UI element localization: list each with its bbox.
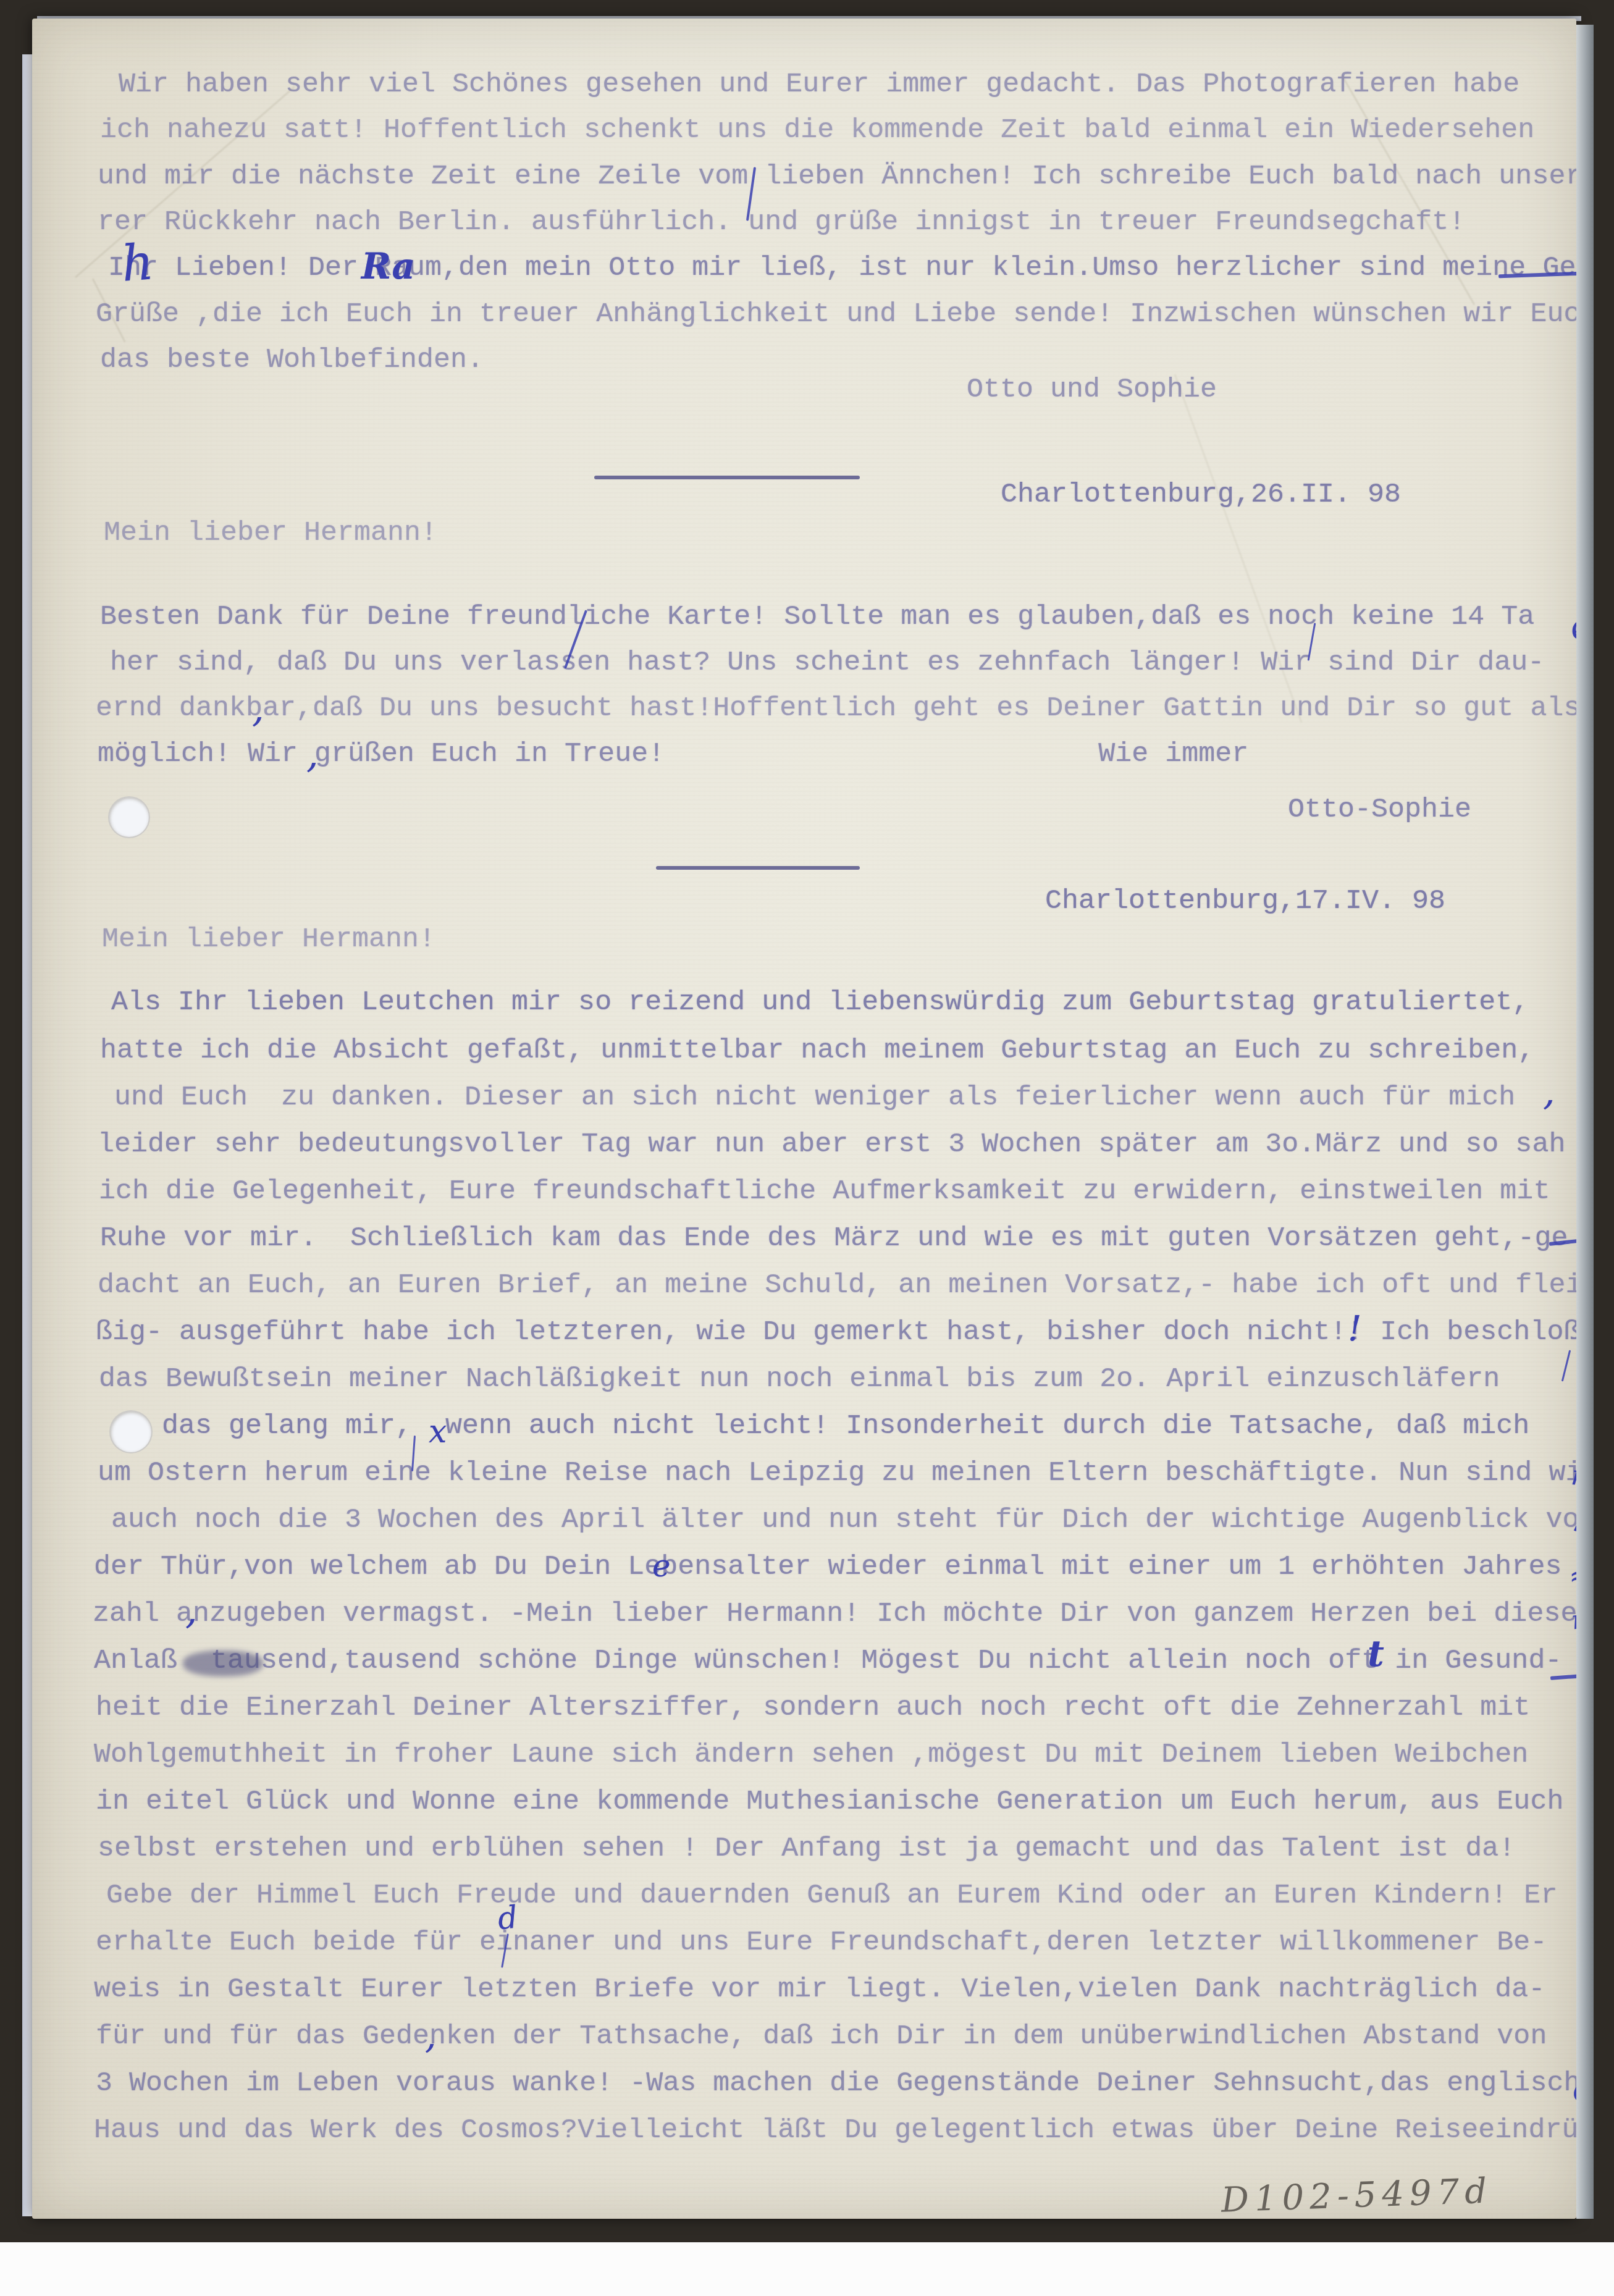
typed-line: ernd dankbar,daß Du uns besucht hast!Hof… [96,694,1576,722]
typed-line: Ruhe vor mir. Schließlich kam das Ende d… [100,1224,1568,1252]
typed-line: Otto-Sophie [1288,796,1471,823]
typed-line: Charlottenburg,17.IV. 98 [1045,887,1445,915]
hand-mark-jahres: ≈ [1569,1562,1576,1590]
typed-line: erhalte Euch beide für einaner und uns E… [96,1928,1547,1956]
typed-line: zahl anzugeben vermagst. -Mein lieber He… [93,1600,1576,1628]
typed-line: Mein lieber Hermann! [102,925,435,953]
typed-line: in eitel Glück und Wonne eine kommende M… [96,1788,1563,1815]
hand-comma-sind: , [252,689,264,728]
hand-d-insert-einander: d [496,1901,519,1934]
typed-line: weis in Gestalt Eurer letzten Briefe vor… [94,1975,1545,2003]
punch-hole [109,797,149,837]
ink-smudge-anlass [183,1651,263,1676]
typed-line: das beste Wohlbefinden. [100,346,484,374]
typed-line: Als Ihr lieben Leutchen mir so reizend u… [111,988,1529,1016]
typed-line: das Bewußtsein meiner Nachläßigkeit nun … [99,1365,1500,1393]
typed-line: her sind, daß Du uns verlassen hast? Uns… [110,649,1544,676]
typed-line: selbst erstehen und erblühen sehen ! Der… [98,1835,1515,1862]
typed-line: Haus und das Werk des Cosmos?Vielleicht … [94,2116,1576,2144]
typed-line: 3 Wochen im Leben voraus wanke! -Was mac… [96,2069,1576,2097]
archival-reference-note: D102-5497d [1221,2171,1493,2219]
hand-x-wenn: x [429,1416,447,1448]
typed-line: möglich! Wir grüßen Euch in Treue! Wie i… [98,740,1248,768]
typed-line: Gebe der Himmel Euch Freude und dauernde… [106,1882,1557,1909]
typed-divider-line [656,866,860,870]
typed-line: Grüße ,die ich Euch in treuer Anhänglich… [96,300,1576,328]
typed-line: Mein lieber Hermann! [104,519,437,547]
typed-line: das gelang mir, wenn auch nicht leicht! … [162,1412,1529,1440]
hand-e-lebensalter: e [652,1550,671,1581]
typed-line: der Thür,von welchem ab Du Dein Lebensal… [94,1553,1561,1581]
typed-line: dacht an Euch, an Euren Brief, an meine … [98,1271,1576,1299]
hand-t-oft: t [1368,1636,1384,1672]
typed-line: Ihr Lieben! Der Raum,den mein Otto mir l… [108,254,1576,282]
hand-h-insert-ihr: h [120,237,155,288]
typed-line: und Euch zu danken. Dieser an sich nicht… [114,1083,1515,1111]
typed-line: auch noch die 3 Wochen des April älter u… [111,1506,1576,1534]
scanned-letter-page: Wir haben sehr viel Schönes gesehen und … [0,0,1614,2296]
typed-line: leider sehr bedeutungsvoller Tag war nun… [98,1130,1565,1158]
hand-comma-letzten: , [425,2017,436,2053]
typed-line: Anlaß tausend,tausend schöne Dinge wünsc… [94,1647,1561,1675]
typed-line: Besten Dank für Deine freundliche Karte!… [100,603,1534,631]
typed-line: Wohlgemuthheit in froher Laune sich ände… [94,1741,1528,1768]
typed-line: Wir haben sehr viel Schönes gesehen und … [119,70,1519,98]
hand-ra-overwrite-raum: Ra [361,248,415,284]
hand-margin-e-tage: e [1566,610,1576,645]
hand-comma-dankbar: , [306,735,319,773]
hand-comma-schreiben: , [1543,1072,1555,1111]
hand-comma-thuer: , [185,1591,198,1629]
typed-line: Otto und Sophie [967,376,1217,403]
stacked-pages-right-edge [1576,25,1594,2219]
typed-line: ich nahezu satt! Hoffentlich schenkt uns… [100,116,1534,144]
typed-line: Charlottenburg,26.II. 98 [1001,481,1401,508]
hand-excl-nicht: ! [1348,1312,1362,1347]
typed-line: hatte ich die Absicht gefaßt, unmittelba… [100,1037,1534,1064]
punch-hole [111,1411,151,1452]
scanner-bottom-band [0,2242,1614,2296]
typed-line: ich die Gelegenheit, Eure freundschaftli… [99,1177,1550,1205]
typed-line: rer Rückkehr nach Berlin. ausführlich. u… [98,208,1465,236]
typed-line: heit die Einerzahl Deiner Altersziffer, … [96,1694,1530,1722]
typed-line: um Ostern herum eine kleine Reise nach L… [98,1459,1576,1487]
typed-divider-line [594,476,860,479]
typed-line: für und für das Gedenken der Tathsache, … [96,2022,1547,2050]
letter-paper: Wir haben sehr viel Schönes gesehen und … [32,19,1576,2219]
typed-line: und mir die nächste Zeit eine Zeile vom … [98,162,1576,190]
hand-slash-beschloss [1561,1350,1571,1381]
